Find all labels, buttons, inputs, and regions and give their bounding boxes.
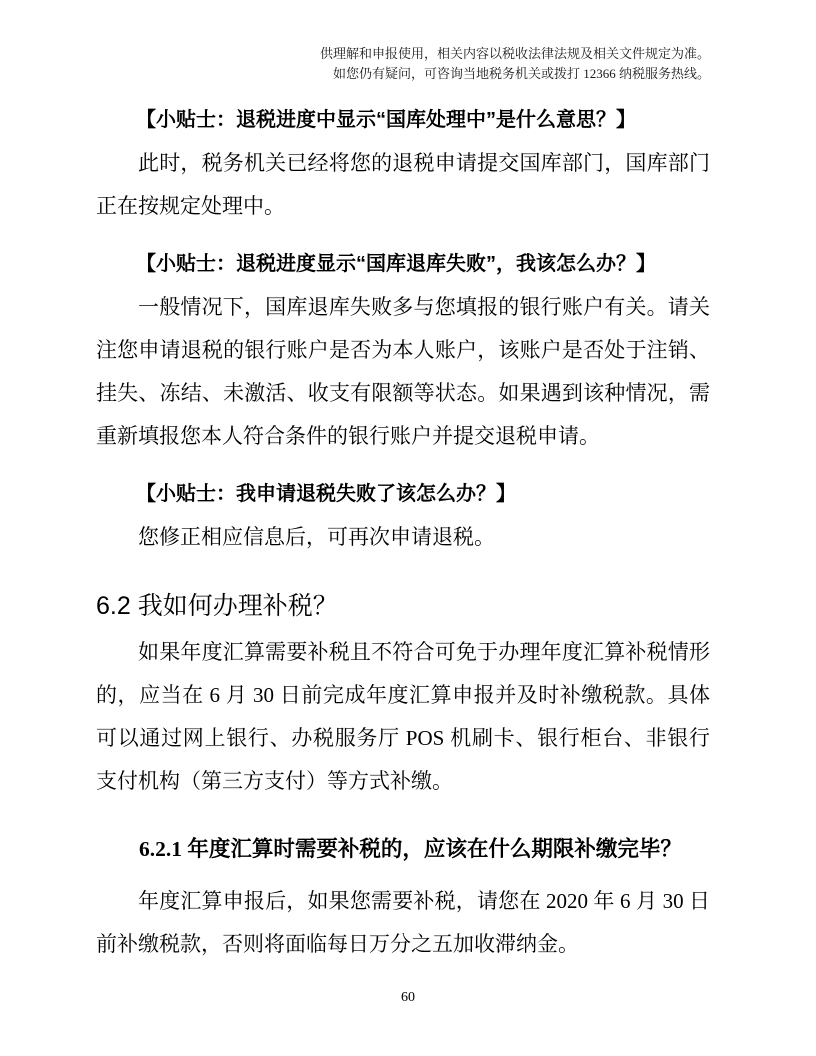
disclaimer-line-2: 如您仍有疑问，可咨询当地税务机关或拨打 12366 纳税服务热线。 xyxy=(96,64,710,84)
tip-body: 此时，税务机关已经将您的退税申请提交国库部门，国库部门正在按规定处理中。 xyxy=(96,142,710,228)
tip-heading: 【小贴士：退税进度显示“国库退库失败”，我该怎么办？】 xyxy=(96,252,710,276)
tip-block-treasury-refund-failed: 【小贴士：退税进度显示“国库退库失败”，我该怎么办？】 一般情况下，国库退库失败… xyxy=(96,252,710,458)
section-heading-6-2: 6.2 我如何办理补税？ xyxy=(96,591,710,621)
tip-body: 您修正相应信息后，可再次申请退税。 xyxy=(96,516,710,559)
page-header-disclaimer: 供理解和申报使用，相关内容以税收法律法规及相关文件规定为准。 如您仍有疑问，可咨… xyxy=(96,44,710,84)
tip-block-treasury-processing: 【小贴士：退税进度中显示“国库处理中”是什么意思？】 此时，税务机关已经将您的退… xyxy=(96,108,710,228)
tip-heading: 【小贴士：退税进度中显示“国库处理中”是什么意思？】 xyxy=(96,108,710,132)
page-number: 60 xyxy=(0,990,816,1006)
tip-body: 一般情况下，国库退库失败多与您填报的银行账户有关。请关注您申请退税的银行账户是否… xyxy=(96,286,710,458)
document-page: 供理解和申报使用，相关内容以税收法律法规及相关文件规定为准。 如您仍有疑问，可咨… xyxy=(0,0,816,1056)
tip-block-refund-application-failed: 【小贴士：我申请退税失败了该怎么办？】 您修正相应信息后，可再次申请退税。 xyxy=(96,482,710,559)
section-intro-paragraph: 如果年度汇算需要补税且不符合可免于办理年度汇算补税情形的，应当在 6 月 30 … xyxy=(96,631,710,803)
disclaimer-line-1: 供理解和申报使用，相关内容以税收法律法规及相关文件规定为准。 xyxy=(96,44,710,64)
tip-heading: 【小贴士：我申请退税失败了该怎么办？】 xyxy=(96,482,710,506)
subsection-body-paragraph: 年度汇算申报后，如果您需要补税，请您在 2020 年 6 月 30 日前补缴税款… xyxy=(96,880,710,966)
subsection-heading-6-2-1: 6.2.1 年度汇算时需要补税的，应该在什么期限补缴完毕？ xyxy=(96,829,710,870)
